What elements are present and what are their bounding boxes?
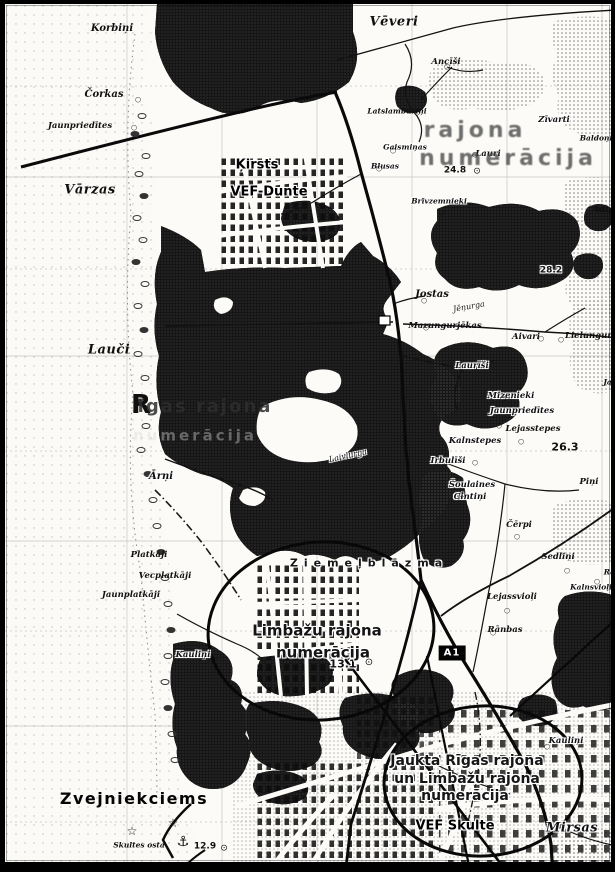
farm-ring-icon: ○ <box>376 166 382 173</box>
spot-height-icon: ⊙ <box>473 168 481 177</box>
farm-ring-icon: ○ <box>423 325 429 332</box>
annotation-jaukta-line2: un Limbažu rajona <box>394 772 540 786</box>
annotation-limbazu-line2: numerācija <box>276 646 370 661</box>
spot-height-26-3: 26.3 <box>551 442 578 453</box>
farm-ring-icon: ○ <box>558 337 564 344</box>
farm-ring-icon: ○ <box>518 439 524 446</box>
farm-ring-icon: ○ <box>496 423 502 430</box>
farm-ring-icon: ○ <box>390 148 396 155</box>
place-vef-skulte: VEF Skulte <box>415 820 494 833</box>
place-jaunpriedites-west: Jaunpriedītes <box>48 122 112 131</box>
place-mirsas: Mirsas <box>546 822 598 835</box>
spot-height-icon: ⊙ <box>220 845 228 854</box>
farm-ring-icon: ○ <box>131 125 137 132</box>
place-jaun-clipped: Jaun <box>603 378 615 386</box>
place-veveri: Vēveri <box>370 16 419 29</box>
place-ziemelblazma: Ziemeļblāzma <box>290 558 448 569</box>
place-lejassvioli: Lejassvioļi <box>487 593 537 602</box>
place-vef-dunte: VEF-Dunte <box>230 186 307 199</box>
place-kalnsvioli: Kalnsvioļi <box>570 583 612 591</box>
place-varzas: Vārzas <box>64 184 115 197</box>
spot-height-12-9: 12.9 <box>194 843 216 852</box>
road-badge-a1: A1 <box>439 646 466 661</box>
place-brivzemnieki: Brīvzemnieki <box>411 197 467 205</box>
place-irbulisi: Irbulīši <box>430 457 465 466</box>
place-jaunplatkaji: Jaunplatkāji <box>102 591 160 600</box>
place-zvejniekciems: Zvejniekciems <box>60 791 208 807</box>
farm-ring-icon: ○ <box>472 460 478 467</box>
stream-laivlurga: Laivlurga <box>328 448 367 464</box>
place-kaija: Kaija <box>323 859 364 870</box>
place-vecplatkaji: Vecplatkāji <box>139 572 192 581</box>
stream-jenurga: Jēņurga <box>453 300 486 313</box>
place-mazungurjekas: Mazungurjēkas <box>408 322 481 331</box>
place-korbini: Korbiņi <box>91 24 133 34</box>
spot-height-icon: ⊙ <box>365 658 373 668</box>
farm-ring-icon: ○ <box>212 654 218 661</box>
farm-ring-icon: ○ <box>500 396 506 403</box>
place-cerpi: Čērpi <box>506 521 532 530</box>
place-pini: Piņi <box>579 478 598 487</box>
place-lielunguri: Lielunguri <box>565 332 615 341</box>
place-kaulini-east: Kauliņi <box>549 737 584 746</box>
farm-ring-icon: ○ <box>472 152 478 159</box>
farm-ring-icon: ○ <box>504 608 510 615</box>
farm-ring-icon: ○ <box>564 568 570 575</box>
place-kalnstepes: Kalnstepes <box>449 437 502 446</box>
map-frame: #grays path{fill:url(#stip);} #grays{opa… <box>0 0 615 872</box>
farm-ring-icon: ○ <box>459 492 465 499</box>
farm-ring-icon: ○ <box>538 336 544 343</box>
place-kaulini-west: Kauliņi <box>176 651 211 660</box>
annotation-jaukta-line1: Jaukta Rīgas rajona <box>390 754 543 768</box>
farm-ring-icon: ○ <box>439 210 445 217</box>
farm-ring-icon: ○ <box>421 298 427 305</box>
farm-ring-icon: ○ <box>490 630 496 637</box>
star-icon: ☆ <box>127 825 138 837</box>
place-soulaines: Šoulaines <box>449 481 495 490</box>
annotation-limbazu-line1: Limbažu rajona <box>252 624 382 639</box>
place-platkaji: Platkāji <box>131 551 168 560</box>
place-aivari: Aivari <box>512 333 540 342</box>
farm-ring-icon: ○ <box>135 97 141 104</box>
annotation-northeast-line2: numerācija <box>419 148 597 170</box>
place-rasas: Rasas <box>604 568 615 576</box>
farm-ring-icon: ○ <box>594 579 600 586</box>
farm-ring-icon: ○ <box>514 534 520 541</box>
place-zivarti: Zīvarti <box>538 116 570 125</box>
place-kirsts: Ķirsts <box>236 159 279 172</box>
map-labels-layer: KorbiņiČorkasJaunpriedītesVārzasLaučiPla… <box>5 4 611 862</box>
star-icon: ☆ <box>168 817 179 829</box>
place-sedlini: Sedliņi <box>541 553 574 562</box>
place-lauci: Lauči <box>88 344 130 357</box>
place-skultes-osta: Skultes osta <box>113 841 165 849</box>
place-mizenieki: Mizenieki <box>488 392 535 401</box>
spot-height-28-2: 28.2 <box>540 267 562 276</box>
annotation-northeast-line1: rajona <box>424 120 527 142</box>
place-jaunpriedites-east: Jaunpriedītes <box>490 407 554 416</box>
place-arni: Ārņi <box>149 472 173 482</box>
place-corkas: Čorkas <box>85 90 124 100</box>
farm-ring-icon: ○ <box>544 744 550 751</box>
farm-ring-icon: ○ <box>444 64 450 71</box>
annotation-rigas-line2: numerācija <box>133 429 257 444</box>
place-baldoni: Baldoņi <box>580 134 613 142</box>
place-lejasstepes: Lejasstepes <box>505 425 560 434</box>
place-laurisi: Laurīši <box>455 362 488 371</box>
annotation-jaukta-line3: numerācija <box>421 789 509 803</box>
annotation-rigas-rest: īgas rajona <box>138 398 273 416</box>
farm-ring-icon: ○ <box>414 110 420 117</box>
place-adini: Ādiņi <box>592 206 615 215</box>
anchor-icon: ⚓ <box>177 835 190 849</box>
